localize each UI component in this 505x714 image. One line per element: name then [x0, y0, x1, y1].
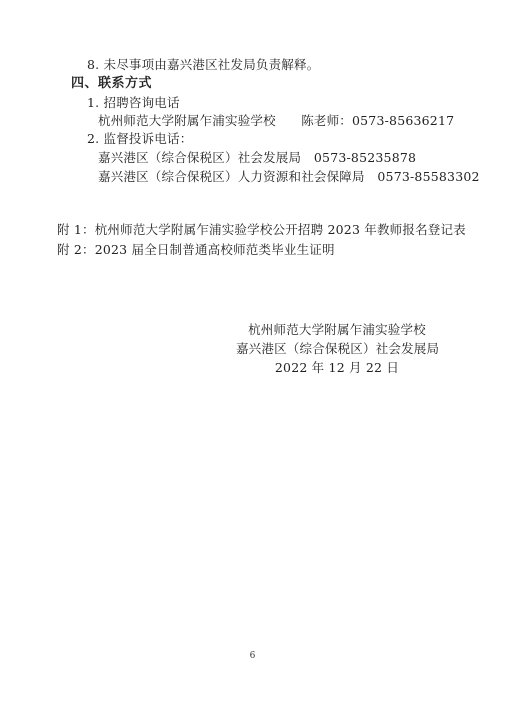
section-heading-contact-info: 四、联系方式 [71, 74, 152, 93]
signature-block: 杭州师范大学附属乍浦实验学校 嘉兴港区（综合保税区）社会发展局 2022 年 1… [236, 320, 438, 377]
attachment-1-text: 附 1：杭州师范大学附属乍浦实验学校公开招聘 2023 年教师报名登记表 [57, 220, 466, 239]
supervision-phone-2: 嘉兴港区（综合保税区）人力资源和社会保障局 0573-85583302 [98, 167, 480, 186]
signature-school-name: 杭州师范大学附属乍浦实验学校 [236, 320, 438, 339]
contact-item-2-label: 2. 监督投诉电话： [87, 129, 192, 148]
contact-item-1-label: 1. 招聘咨询电话 [87, 93, 180, 112]
attachment-2-text: 附 2：2023 届全日制普通高校师范类毕业生证明 [57, 240, 335, 259]
clause-8-text: 8. 未尽事项由嘉兴港区社发局负责解释。 [87, 55, 319, 74]
contact-item-1-detail: 杭州师范大学附属乍浦实验学校 陈老师：0573-85636217 [98, 111, 454, 130]
document-page: 8. 未尽事项由嘉兴港区社发局负责解释。 四、联系方式 1. 招聘咨询电话 杭州… [0, 0, 505, 714]
supervision-phone-1: 嘉兴港区（综合保税区）社会发展局 0573-85235878 [98, 148, 416, 167]
page-number: 6 [0, 650, 505, 663]
signature-date: 2022 年 12 月 22 日 [236, 358, 438, 377]
signature-bureau-name: 嘉兴港区（综合保税区）社会发展局 [236, 339, 438, 358]
